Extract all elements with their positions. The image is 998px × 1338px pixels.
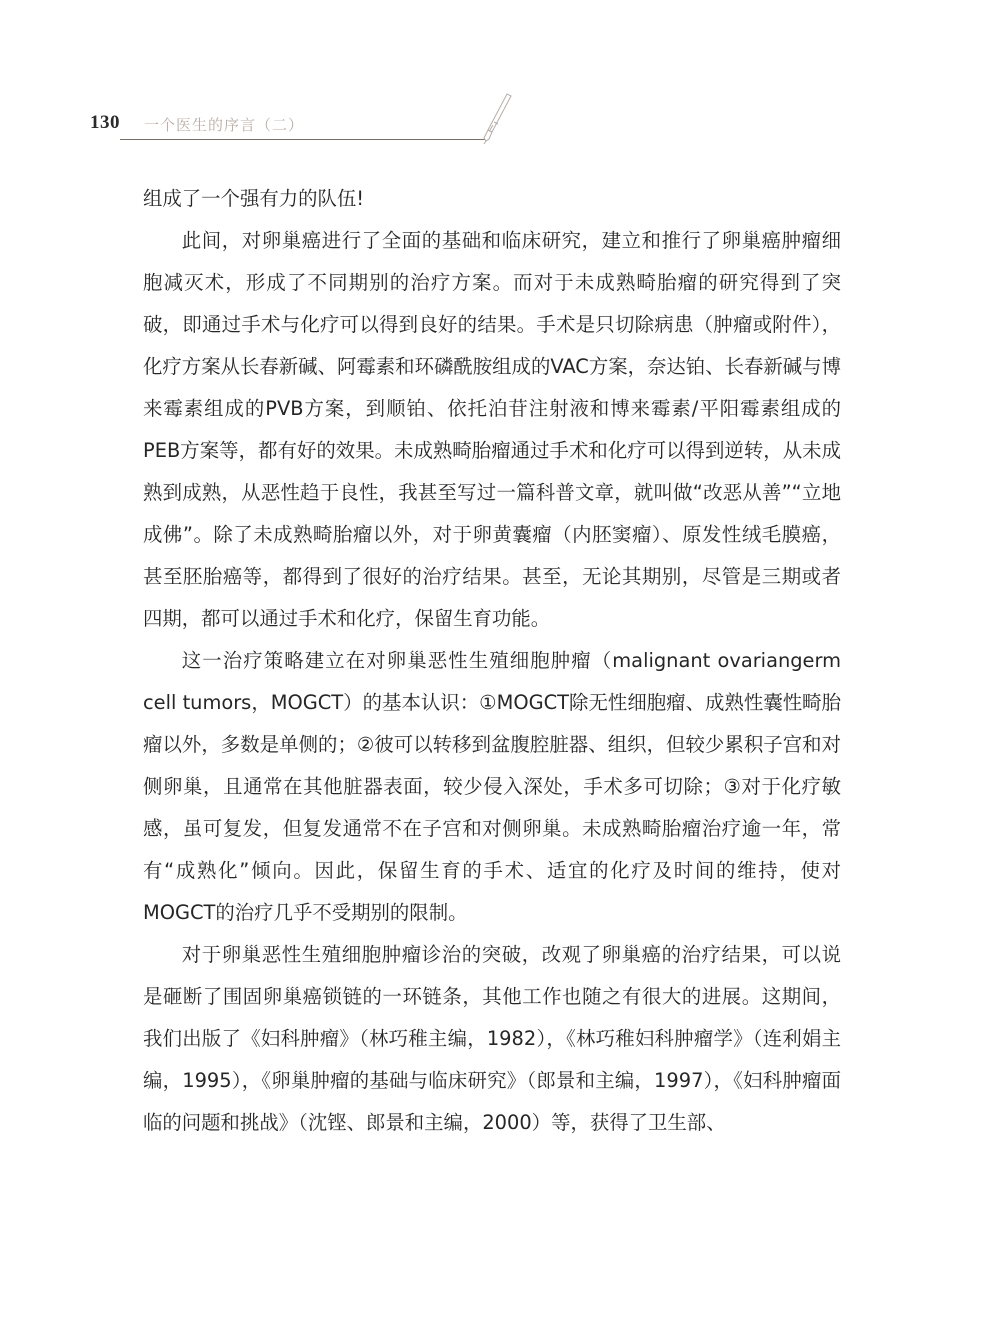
running-header: 130 一个医生的序言（二） [90, 106, 530, 142]
header-rule [120, 139, 485, 140]
paragraph-3: 这一治疗策略建立在对卵巢恶性生殖细胞肿瘤（malignant ovariange… [143, 640, 841, 934]
paragraph-4: 对于卵巢恶性生殖细胞肿瘤诊治的突破，改观了卵巢癌的治疗结果，可以说是砸断了围固卵… [143, 934, 841, 1144]
page-number: 130 [90, 112, 120, 134]
paragraph-1: 组成了一个强有力的队伍! [143, 178, 841, 220]
body-text: 组成了一个强有力的队伍! 此间，对卵巢癌进行了全面的基础和临床研究，建立和推行了… [143, 178, 841, 1144]
pen-icon [478, 92, 512, 144]
chapter-title: 一个医生的序言（二） [144, 114, 304, 135]
paragraph-2: 此间，对卵巢癌进行了全面的基础和临床研究，建立和推行了卵巢癌肿瘤细胞减灭术，形成… [143, 220, 841, 640]
